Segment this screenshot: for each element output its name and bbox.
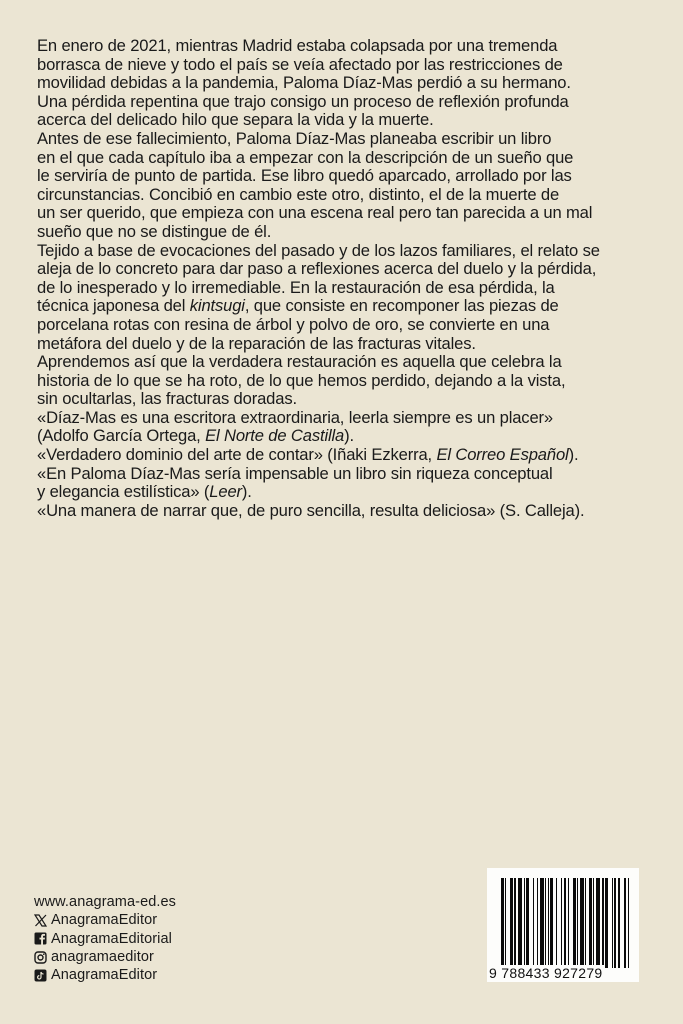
barcode-bars xyxy=(501,878,631,968)
website-link[interactable]: www.anagrama-ed.es xyxy=(34,893,176,911)
tiktok-icon xyxy=(34,969,47,982)
publisher-contact: www.anagrama-ed.es AnagramaEditor Anagra… xyxy=(34,893,176,984)
instagram-icon xyxy=(34,951,47,964)
review-quote-1: «Díaz-Mas es una escritora extraordinari… xyxy=(37,409,657,446)
blurb-paragraph-1: En enero de 2021, mientras Madrid estaba… xyxy=(37,37,657,130)
blurb-paragraph-3: Tejido a base de evocaciones del pasado … xyxy=(37,242,657,354)
x-icon xyxy=(34,914,47,927)
review-quote-4: «Una manera de narrar que, de puro senci… xyxy=(37,502,657,521)
back-cover-blurb: En enero de 2021, mientras Madrid estaba… xyxy=(37,37,657,520)
publication-name: El Correo Español xyxy=(436,445,568,464)
social-facebook[interactable]: AnagramaEditorial xyxy=(34,930,176,948)
review-quote-2: «Verdadero dominio del arte de contar» (… xyxy=(37,446,657,465)
social-x[interactable]: AnagramaEditor xyxy=(34,911,176,929)
social-instagram[interactable]: anagramaeditor xyxy=(34,948,176,966)
publication-name: Leer xyxy=(209,482,242,501)
kintsugi-term: kintsugi xyxy=(190,296,245,315)
review-quote-3: «En Paloma Díaz-Mas sería impensable un … xyxy=(37,465,657,502)
blurb-paragraph-4: Aprendemos así que la verdadera restaura… xyxy=(37,353,657,409)
isbn-number: 9 788433 927279 xyxy=(489,965,605,981)
facebook-icon xyxy=(34,932,47,945)
isbn-barcode: 9 788433 927279 xyxy=(487,868,639,982)
blurb-paragraph-2: Antes de ese fallecimiento, Paloma Díaz-… xyxy=(37,130,657,242)
publication-name: El Norte de Castilla xyxy=(205,426,344,445)
social-tiktok[interactable]: AnagramaEditor xyxy=(34,966,176,984)
